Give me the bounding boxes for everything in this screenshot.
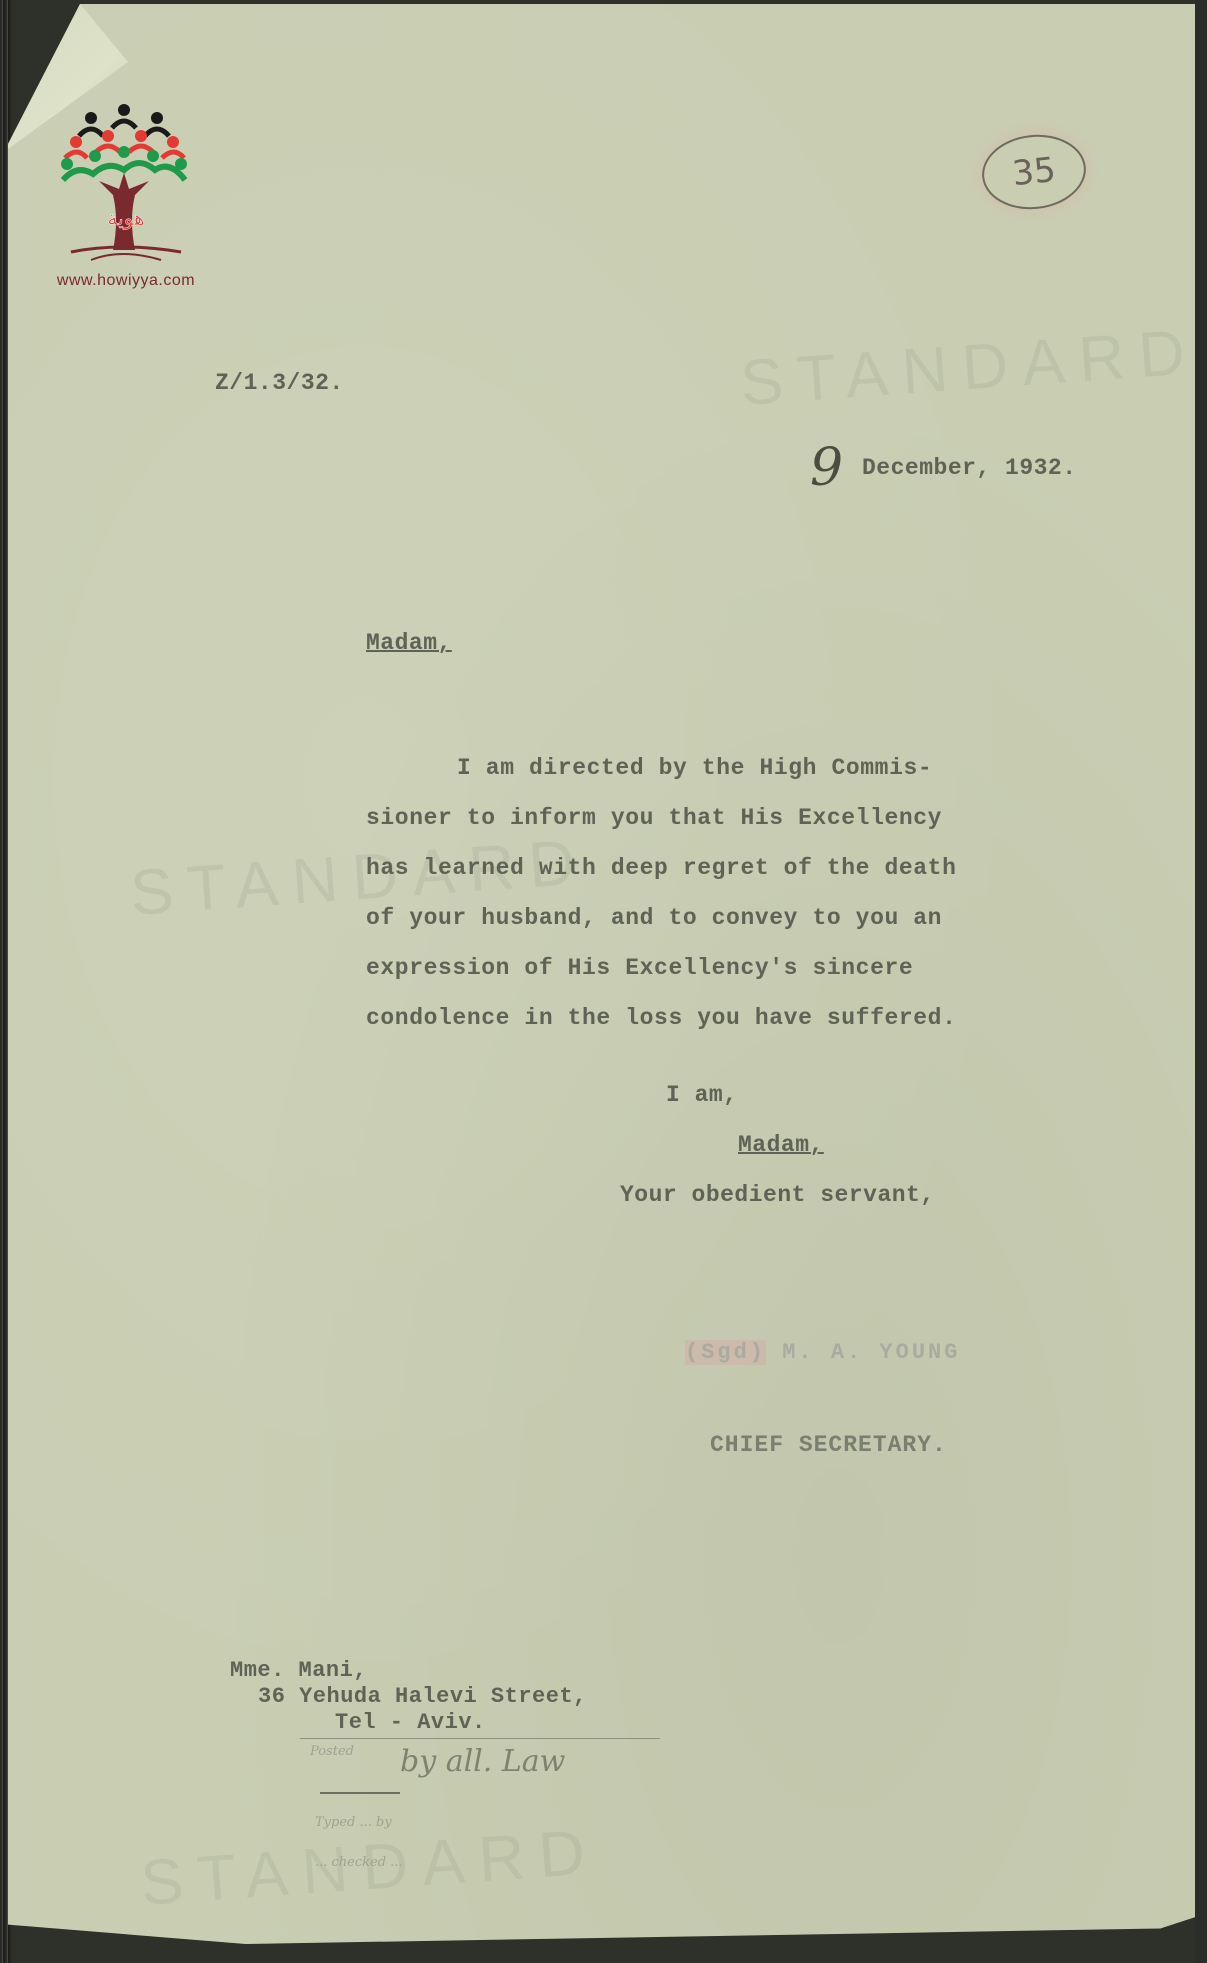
handwritten-date-day: 9: [810, 438, 843, 498]
body-line: condolence in the loss you have suffered…: [366, 1005, 957, 1031]
closing-line-2: Madam,: [738, 1132, 824, 1158]
addressee-name: Mme. Mani,: [230, 1658, 367, 1683]
addressee-city: Tel - Aviv.: [335, 1710, 486, 1735]
signed-marker: (Sgd): [685, 1340, 766, 1365]
body-line: has learned with deep regret of the deat…: [366, 855, 957, 881]
stamp-rule: [300, 1738, 660, 1739]
howiyya-logo[interactable]: هوية www.howiyya.com: [36, 100, 216, 290]
scan-right-edge: [1195, 0, 1207, 1963]
file-reference: Z/1.3/32.: [215, 370, 344, 396]
logo-url[interactable]: www.howiyya.com: [36, 272, 216, 290]
body-line: expression of His Excellency's sincere: [366, 955, 913, 981]
body-line: I am directed by the High Commis-: [457, 755, 932, 781]
body-line: sioner to inform you that His Excellency: [366, 805, 942, 831]
stamp-label: Posted: [310, 1744, 354, 1759]
body-line: of your husband, and to convey to you an: [366, 905, 942, 931]
letter-date: December, 1932.: [862, 455, 1077, 481]
closing-line-3: Your obedient servant,: [620, 1182, 935, 1208]
svg-text:هوية: هوية: [107, 206, 144, 230]
stamp-rule: [320, 1792, 400, 1794]
signatory-title: CHIEF SECRETARY.: [710, 1432, 947, 1458]
closing-line-1: I am,: [666, 1082, 738, 1108]
addressee-street: 36 Yehuda Halevi Street,: [258, 1684, 587, 1709]
signatory-name: M. A. YOUNG: [782, 1340, 960, 1365]
signature-stamp: (Sgd) M. A. YOUNG: [685, 1340, 960, 1365]
stamp-label: Typed ... by: [315, 1815, 392, 1830]
salutation: Madam,: [366, 630, 452, 656]
folio-number: 35: [1010, 150, 1057, 194]
stamp-label: ... checked ...: [315, 1855, 403, 1870]
tree-people-icon: هوية: [61, 100, 191, 270]
pencil-note: by all. Law: [400, 1744, 565, 1779]
